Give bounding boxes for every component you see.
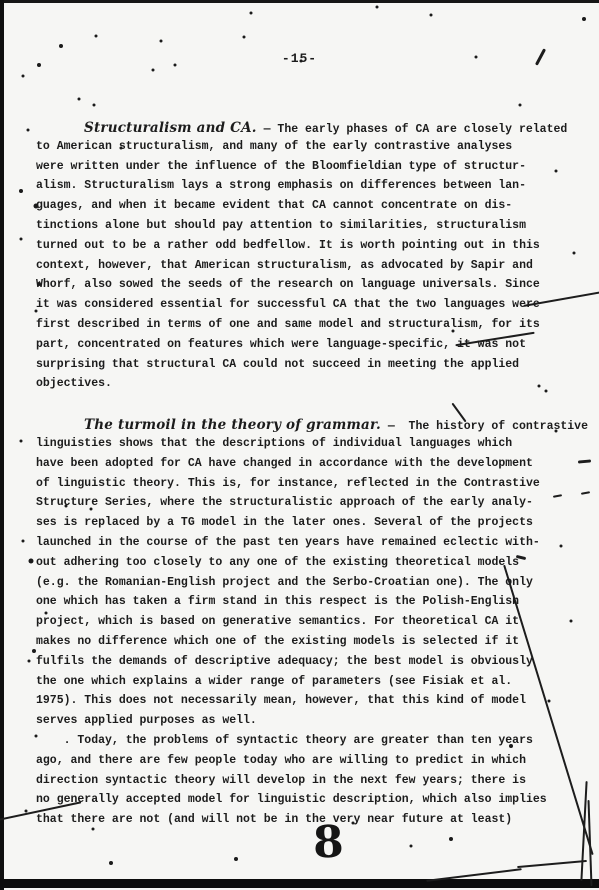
- text-line: the one which explains a wider range of …: [36, 675, 548, 695]
- text-line: The turmoil in the theory of grammar. — …: [36, 417, 548, 437]
- scan-artifact-page-curl-line: [517, 860, 587, 868]
- text-line: out adhering too closely to any one of t…: [36, 556, 548, 576]
- scan-artifact-mark: [553, 494, 562, 498]
- text-line: linguisties shows that the descriptions …: [36, 437, 548, 457]
- scan-noise-speckles: [0, 0, 2, 2]
- handwritten-page-number: 8: [312, 816, 344, 868]
- text-line: one which has taken a firm stand in this…: [36, 595, 548, 615]
- scan-artifact-page-edge: [587, 800, 592, 886]
- text-line: of linguistic theory. This is, for insta…: [36, 477, 548, 497]
- text-line: fulfils the demands of descriptive adequ…: [36, 655, 548, 675]
- text-line: Whorf, also sowed the seeds of the resea…: [36, 278, 548, 298]
- text-line: tinctions alone but should pay attention…: [36, 219, 548, 239]
- text-line: first described in terms of one and same…: [36, 318, 548, 338]
- text-line: it was considered essential for successf…: [36, 298, 548, 318]
- text-line: context, however, that American structur…: [36, 259, 548, 279]
- text-line: (e.g. the Romanian-English project and t…: [36, 576, 548, 596]
- text-line: launched in the course of the past ten y…: [36, 536, 548, 556]
- text-line: alism. Structuralism lays a strong empha…: [36, 179, 548, 199]
- text-line: 1975). This does not necessarily mean, h…: [36, 694, 548, 714]
- text-line: surprising that structural CA could not …: [36, 358, 548, 378]
- text-line: serves applied purposes as well.: [36, 714, 548, 734]
- paragraph-lead-italic: Structuralism and CA.: [84, 120, 257, 136]
- text-line: to American structuralism, and many of t…: [36, 140, 548, 160]
- text-line: that there are not (and will not be in t…: [36, 813, 548, 833]
- text-line: . Today, the problems of syntactic theor…: [36, 734, 548, 754]
- scan-border-bottom: [0, 879, 599, 888]
- scan-artifact-mark: [581, 491, 590, 495]
- text-line: guages, and when it became evident that …: [36, 199, 548, 219]
- text-line: no generally accepted model for linguist…: [36, 793, 548, 813]
- scan-border-left: [0, 0, 4, 890]
- text-line: were written under the influence of the …: [36, 160, 548, 180]
- text-line: Structuralism and CA. — The early phases…: [36, 120, 548, 140]
- text-line: have been adopted for CA have changed in…: [36, 457, 548, 477]
- document-text: Structuralism and CA. — The early phases…: [36, 120, 548, 853]
- paragraph-lead-italic: The turmoil in the theory of grammar.: [84, 417, 381, 433]
- text-line: ses is replaced by a TG model in the lat…: [36, 516, 548, 536]
- text-line: objectives.: [36, 377, 548, 397]
- text-line: turned out to be a rather odd bedfellow.…: [36, 239, 548, 259]
- page-number-header: -15-: [0, 51, 599, 66]
- text-line-rest: — The early phases of CA are closely rel…: [257, 123, 568, 136]
- text-line: direction syntactic theory will develop …: [36, 774, 548, 794]
- scan-artifact-mark: [578, 459, 591, 463]
- text-line: ago, and there are few people today who …: [36, 754, 548, 774]
- text-line: project, which is based on generative se…: [36, 615, 548, 635]
- text-line-rest: — The history of contrastive: [381, 420, 588, 433]
- scan-border-top: [0, 0, 599, 3]
- paragraph-structuralism-and-ca: Structuralism and CA. — The early phases…: [36, 120, 548, 397]
- text-line: Structure Series, where the structuralis…: [36, 496, 548, 516]
- text-line: makes no difference which one of the exi…: [36, 635, 548, 655]
- paragraph-turmoil-theory-grammar: The turmoil in the theory of grammar. — …: [36, 417, 548, 833]
